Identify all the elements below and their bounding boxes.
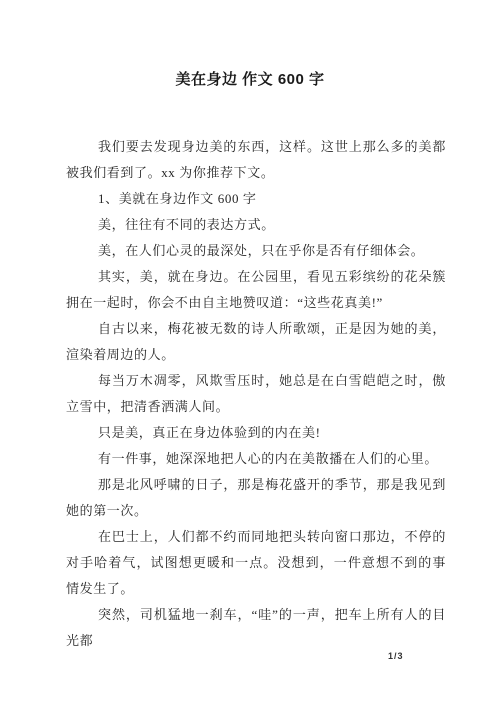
- page-number-indicator: 1/3: [388, 651, 404, 661]
- paragraph-9: 有一件事，她深深地把人心的内在美散播在人们的心里。: [66, 446, 446, 472]
- paragraph-5: 其实，美，就在身边。在公园里，看见五彩缤纷的花朵簇拥在一起时，你会不由自主地赞叹…: [66, 264, 446, 316]
- paragraph-8: 只是美，真正在身边体验到的内在美!: [66, 420, 446, 446]
- paragraph-6: 自古以来，梅花被无数的诗人所歌颂，正是因为她的美，渲染着周边的人。: [66, 316, 446, 368]
- paragraph-11: 在巴士上，人们都不约而同地把头转向窗口那边，不停的对手哈着气，试图想更暖和一点。…: [66, 524, 446, 602]
- document-title: 美在身边 作文 600 字: [0, 66, 500, 94]
- paragraph-1: 我们要去发现身边美的东西，这样。这世上那么多的美都被我们看到了。xx 为你推荐下…: [66, 134, 446, 186]
- paragraph-2: 1、美就在身边作文 600 字: [66, 186, 446, 212]
- paragraph-10: 那是北风呼啸的日子，那是梅花盛开的季节，那是我见到她的第一次。: [66, 472, 446, 524]
- paragraph-7: 每当万木凋零，风欺雪压时，她总是在白雪皑皑之时，傲立雪中，把清香洒满人间。: [66, 368, 446, 420]
- paragraph-12: 突然，司机猛地一刹车，“哇”的一声，把车上所有人的目光都: [66, 602, 446, 654]
- paragraph-3: 美，往往有不同的表达方式。: [66, 212, 446, 238]
- paragraph-4: 美，在人们心灵的最深处，只在乎你是否有仔细体会。: [66, 238, 446, 264]
- document-body: 我们要去发现身边美的东西，这样。这世上那么多的美都被我们看到了。xx 为你推荐下…: [66, 134, 446, 654]
- document-page: 美在身边 作文 600 字 我们要去发现身边美的东西，这样。这世上那么多的美都被…: [0, 0, 500, 707]
